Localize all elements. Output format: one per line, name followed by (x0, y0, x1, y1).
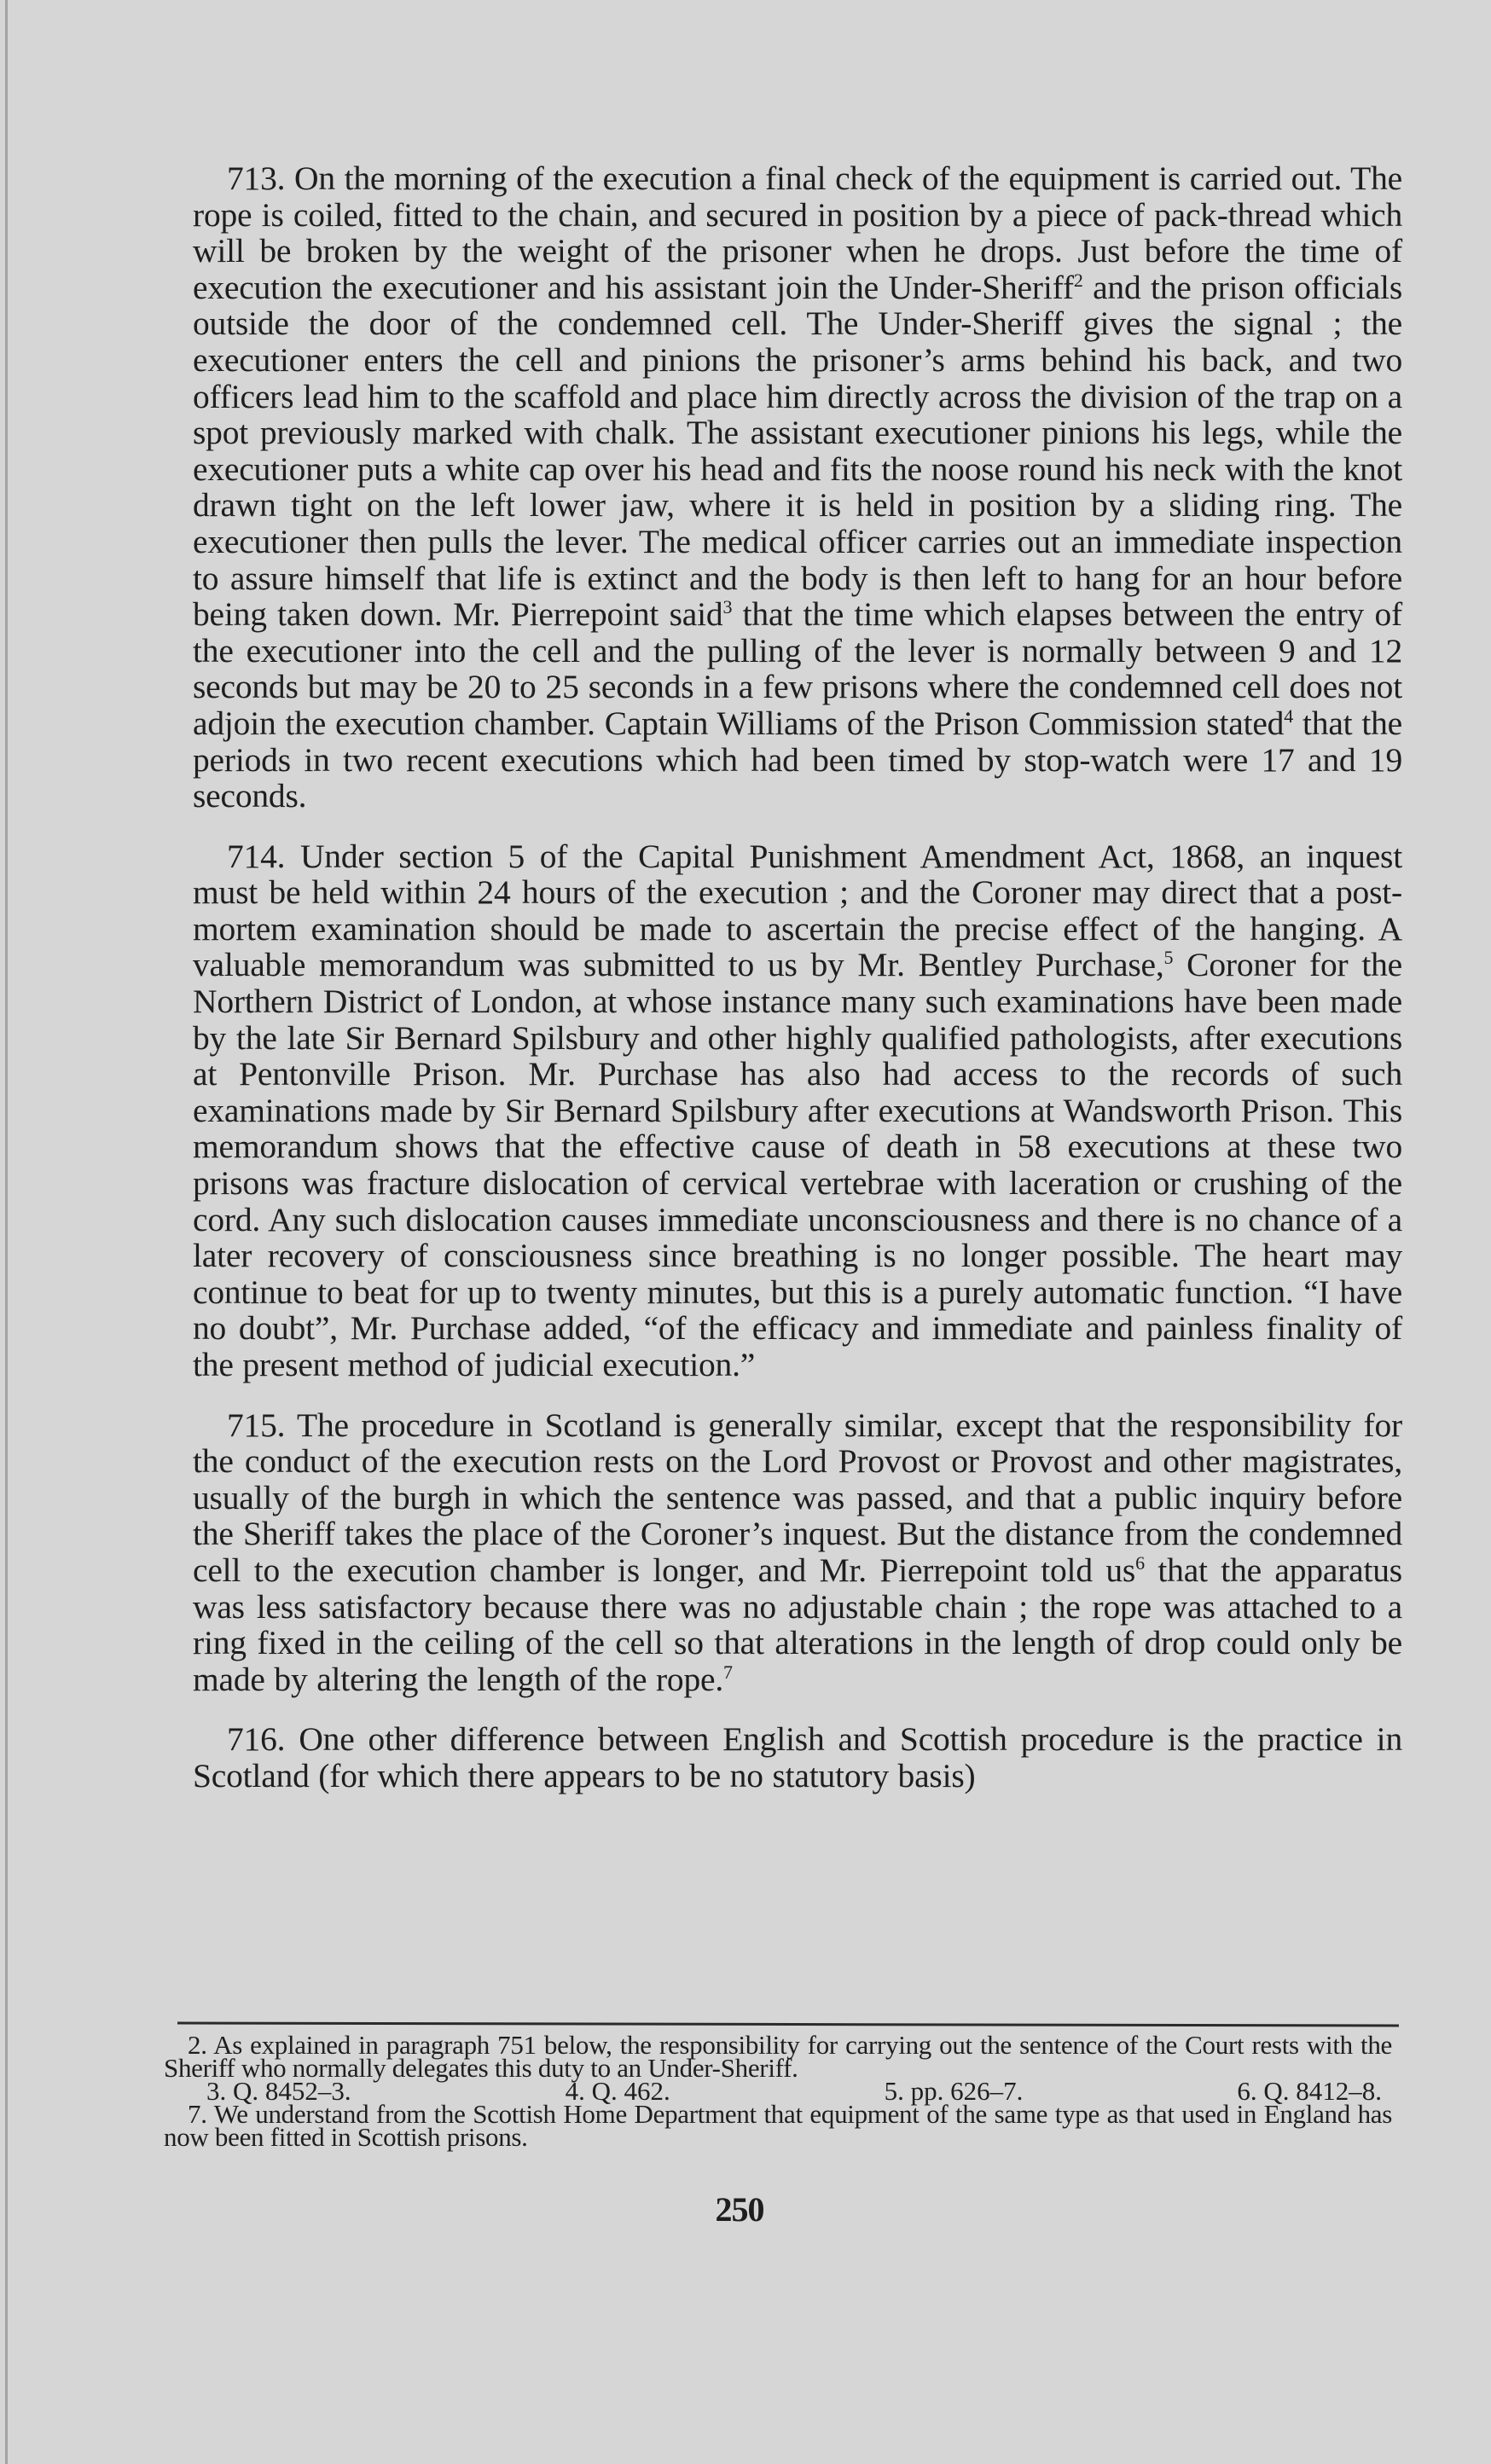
paragraph-714: 714. Under section 5 of the Capital Puni… (193, 838, 1402, 1383)
body-text: 713. On the morning of the execution a f… (193, 160, 1402, 1794)
paragraph-716: 716. One other difference between Englis… (193, 1721, 1402, 1794)
footnote-marker: 2 (1074, 270, 1083, 291)
footnote-marker: 4 (1284, 705, 1293, 727)
paragraph-715: 715. The procedure in Scotland is genera… (193, 1407, 1402, 1698)
paragraph-number: 713. (227, 159, 285, 197)
footnote-marker: 7 (723, 1661, 733, 1683)
footnotes: 2. As explained in paragraph 751 below, … (164, 2033, 1392, 2148)
paragraph-number: 715. (227, 1406, 285, 1444)
footnote-marker: 3 (722, 596, 732, 617)
footnote-7: 7. We understand from the Scottish Home … (164, 2102, 1392, 2148)
footnote-marker: 6 (1135, 1552, 1145, 1574)
paragraph-number: 716. (227, 1720, 285, 1758)
paragraph-713: 713. On the morning of the execution a f… (193, 160, 1402, 815)
footnote-divider (177, 2022, 1399, 2027)
footnote-2: 2. As explained in paragraph 751 below, … (164, 2033, 1392, 2079)
page-binding-edge (5, 0, 8, 2464)
paragraph-number: 714. (227, 838, 285, 875)
page-number: 250 (0, 2189, 1491, 2229)
footnote-marker: 5 (1164, 947, 1174, 968)
